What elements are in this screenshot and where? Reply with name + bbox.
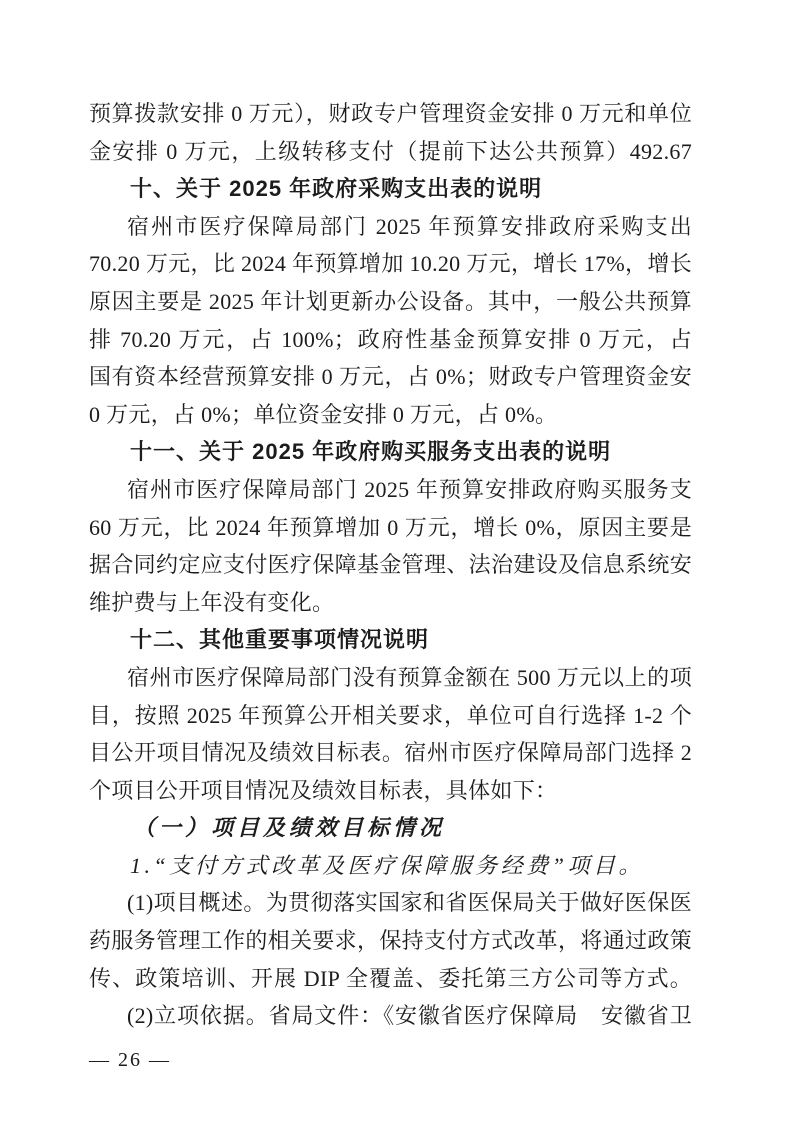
section-heading-12: 十二、其他重要事项情况说明 — [89, 621, 692, 659]
text-line: 宿州市医疗保障局部门 2025 年预算安排政府购买服务支出 — [89, 471, 692, 509]
text-line: 国有资本经营预算安排 0 万元，占 0%；财政专户管理资金安排 — [89, 358, 692, 396]
text-line: 药服务管理工作的相关要求，保持支付方式改革，将通过政策宣 — [89, 922, 692, 960]
text-line: 宿州市医疗保障局部门没有预算金额在 500 万元以上的项 — [89, 659, 692, 697]
text-line: 预算拨款安排 0 万元），财政专户管理资金安排 0 万元和单位资 — [89, 95, 692, 133]
project-item-line: 1.“支付方式改革及医疗保障服务经费”项目。 — [89, 847, 692, 885]
document-page: 预算拨款安排 0 万元），财政专户管理资金安排 0 万元和单位资 金安排 0 万… — [0, 0, 793, 1122]
text-line: 据合同约定应支付医疗保障基金管理、法治建设及信息系统安全 — [89, 546, 692, 584]
text-line: 目，按照 2025 年预算公开相关要求，单位可自行选择 1-2 个项 — [89, 697, 692, 735]
section-heading-10: 十、关于 2025 年政府采购支出表的说明 — [89, 170, 692, 208]
document-body: 预算拨款安排 0 万元），财政专户管理资金安排 0 万元和单位资 金安排 0 万… — [89, 95, 692, 1035]
text-line: 宿州市医疗保障局部门 2025 年预算安排政府采购支出 — [89, 208, 692, 246]
section-heading-11: 十一、关于 2025 年政府购买服务支出表的说明 — [89, 433, 692, 471]
text-line: 原因主要是 2025 年计划更新办公设备。其中，一般公共预算安 — [89, 283, 692, 321]
subsection-heading: （一）项目及绩效目标情况 — [89, 809, 692, 847]
text-line: 0 万元，占 0%；单位资金安排 0 万元，占 0%。 — [89, 396, 692, 434]
text-line: 目公开项目情况及绩效目标表。宿州市医疗保障局部门选择 2 — [89, 734, 692, 772]
text-line: 排 70.20 万元，占 100%；政府性基金预算安排 0 万元，占 0%； — [89, 321, 692, 359]
text-line: 60 万元，比 2024 年预算增加 0 万元，增长 0%，原因主要是依 — [89, 509, 692, 547]
text-line: 个项目公开项目情况及绩效目标表，具体如下： — [89, 772, 692, 810]
text-line: 金安排 0 万元，上级转移支付（提前下达公共预算）492.67 万元。 — [89, 133, 692, 171]
text-line: 传、政策培训、开展 DIP 全覆盖、委托第三方公司等方式。 — [89, 960, 692, 998]
text-line: 维护费与上年没有变化。 — [89, 584, 692, 622]
page-number: — 26 — — [89, 1045, 171, 1075]
text-line: (2)立项依据。省局文件：《安徽省医疗保障局 安徽省卫生 — [89, 997, 692, 1035]
text-line: (1)项目概述。为贯彻落实国家和省医保局关于做好医保医 — [89, 884, 692, 922]
text-line: 70.20 万元，比 2024 年预算增加 10.20 万元，增长 17%，增长 — [89, 245, 692, 283]
